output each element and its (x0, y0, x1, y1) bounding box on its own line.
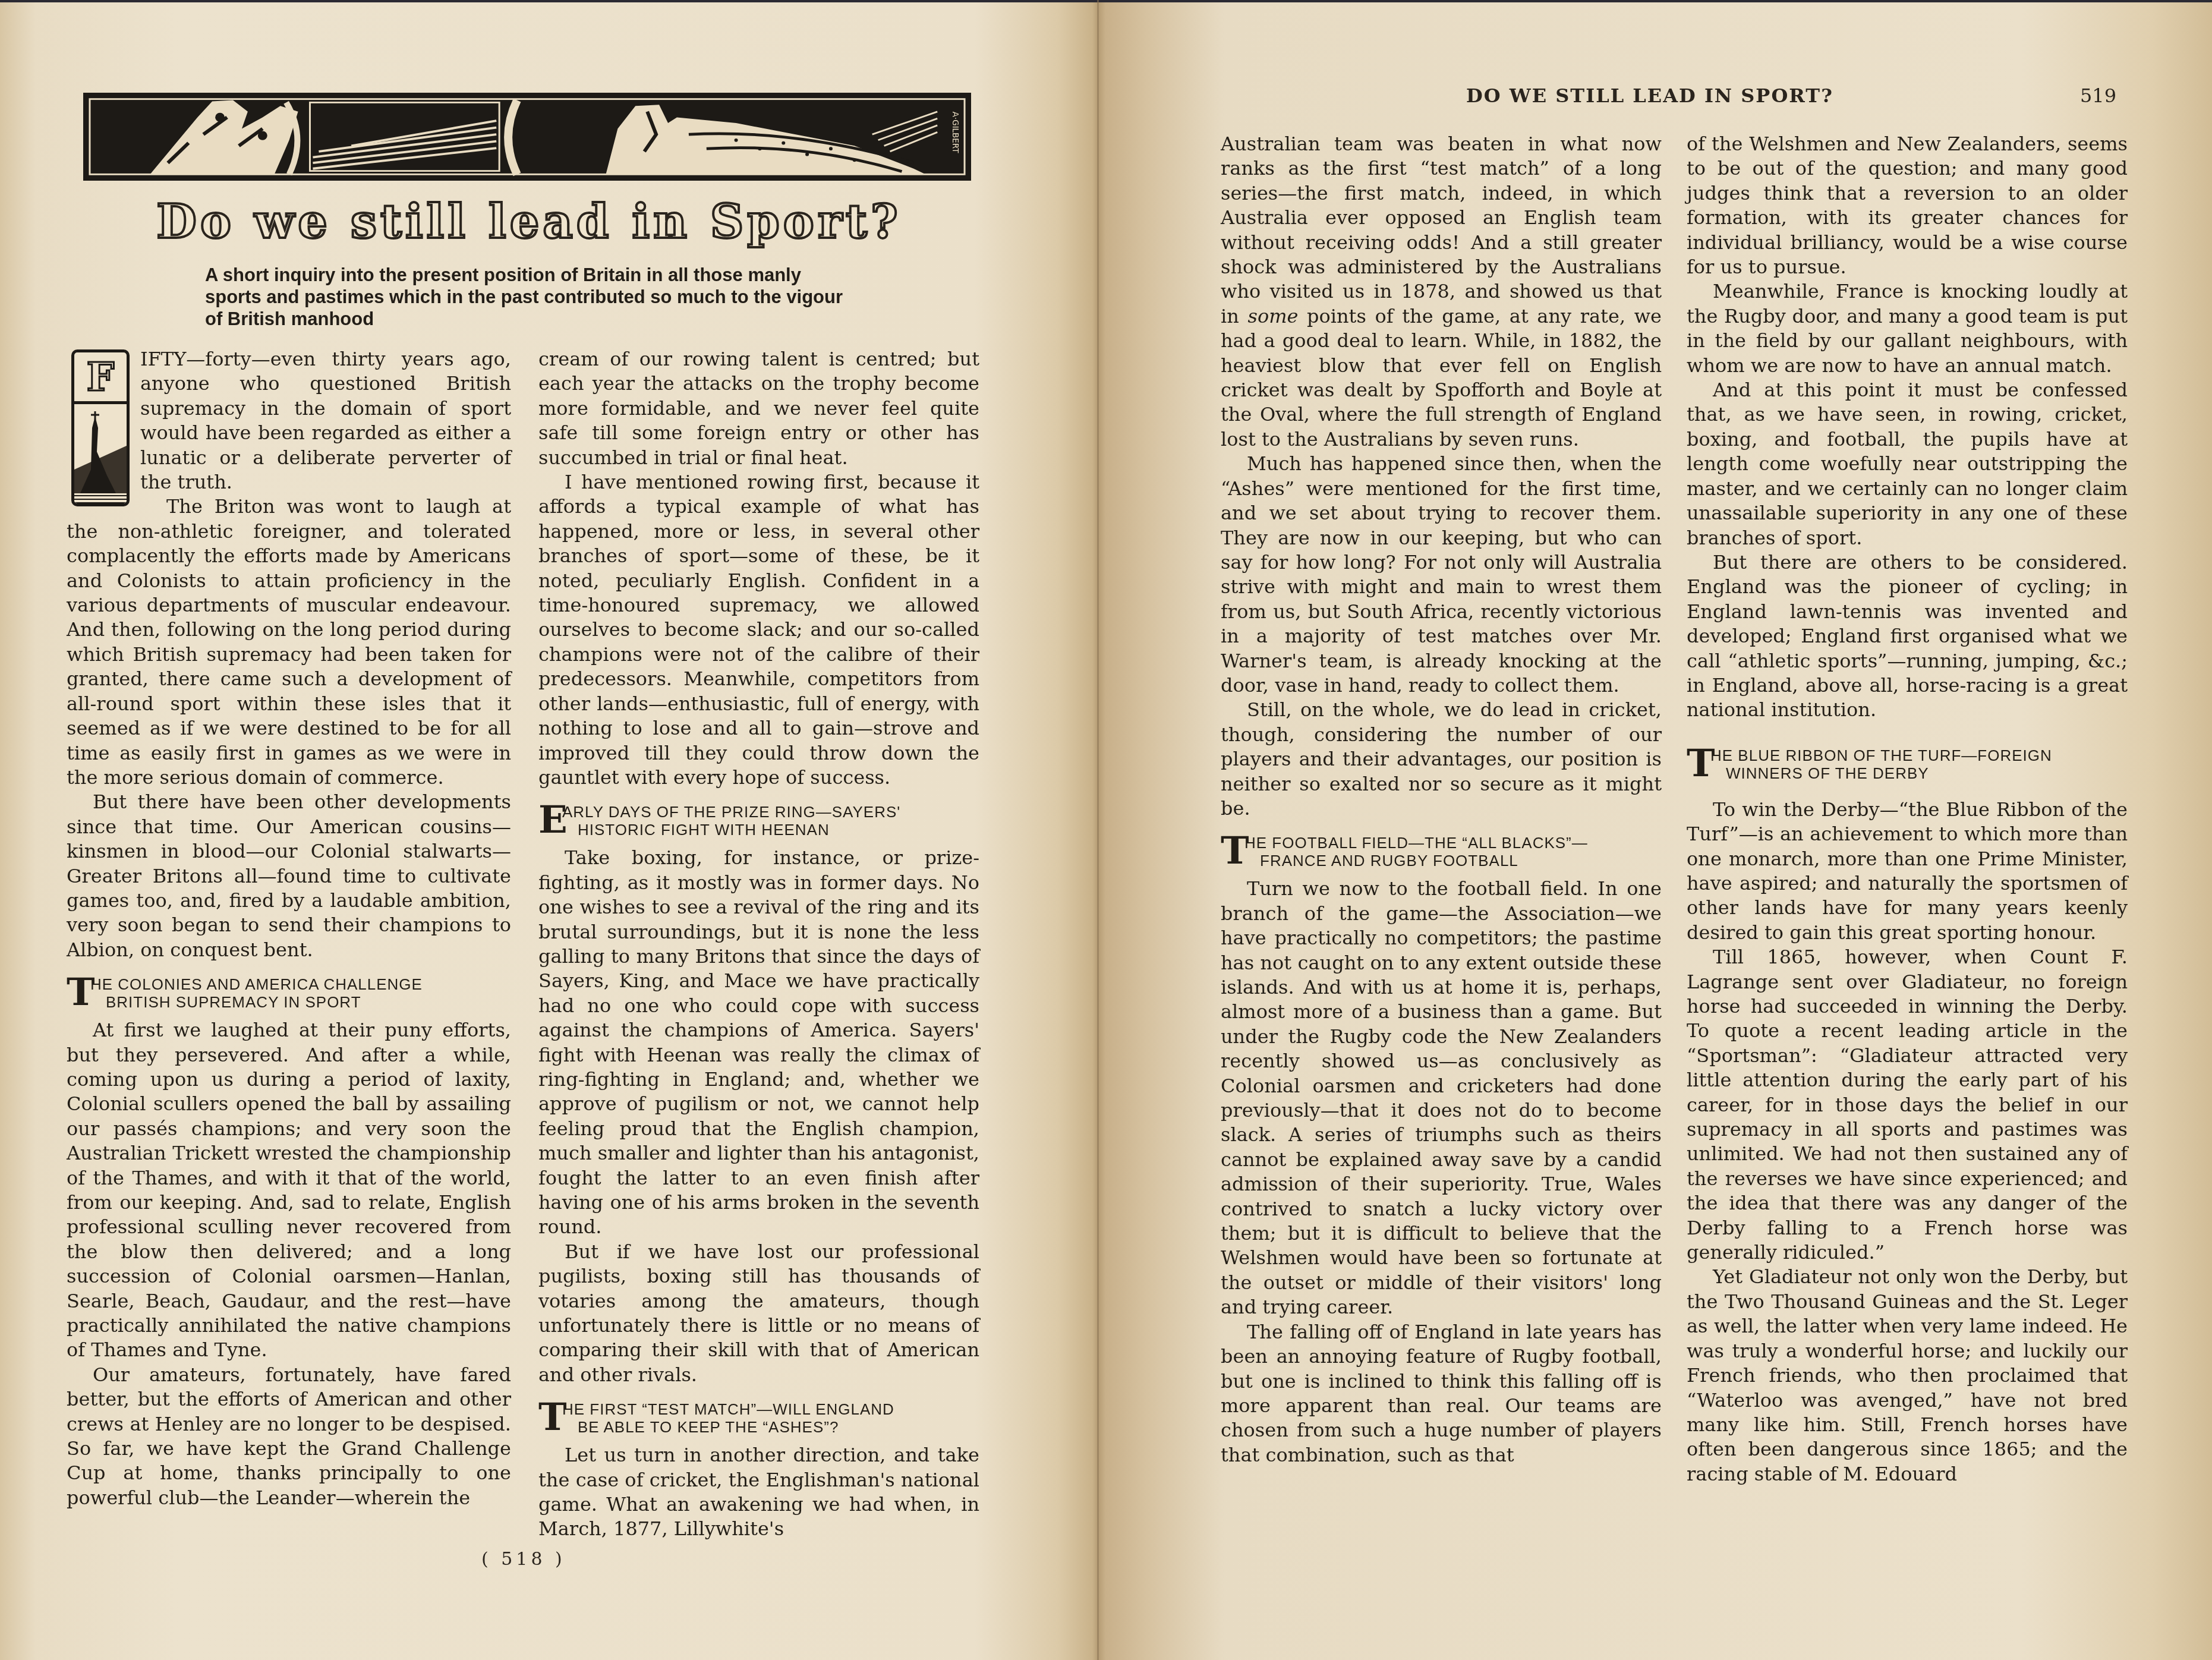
section-heading-line2: BE ABLE TO KEEP THE “ASHES”? (562, 1418, 979, 1436)
running-head: DO WE STILL LEAD IN SPORT? (1466, 84, 1833, 107)
section-heading-initial: T (1221, 833, 1250, 870)
section-heading-line2: FRANCE AND RUGBY FOOTBALL (1244, 852, 1662, 870)
section-heading-line1: HE COLONIES AND AMERICA CHALLENGE (90, 975, 423, 993)
section-heading: T HE BLUE RIBBON OF THE TURF—FOREIGN WIN… (1687, 746, 2128, 782)
paragraph: Our amateurs, fortunately, have fared be… (67, 1363, 511, 1510)
paragraph: But there are others to be considered. E… (1687, 550, 2128, 723)
paragraph: I have mentioned rowing first, because i… (538, 470, 979, 790)
section-heading-initial: T (67, 974, 96, 1011)
left-page: A·GILBERT Do we still lead in Sport? A s… (0, 0, 1097, 1660)
paragraph: At first we laughed at their puny effort… (67, 1018, 511, 1363)
page-number: 519 (2080, 84, 2116, 107)
statue-street-scene-icon (74, 404, 127, 503)
section-heading-line1: HE FOOTBALL FIELD—THE “ALL BLACKS”— (1244, 834, 1588, 852)
paragraph: IFTY—forty—even thirty years ago, anyone… (67, 347, 511, 494)
section-heading: E ARLY DAYS OF THE PRIZE RING—SAYERS' HI… (538, 803, 979, 839)
paragraph: To win the Derby—“the Blue Ribbon of the… (1687, 798, 2128, 945)
paragraph-text: Australian team was beaten in what now r… (1221, 133, 1662, 327)
paragraph: cream of our rowing talent is centred; b… (538, 347, 979, 470)
paragraph: But there have been other developments s… (67, 790, 511, 962)
paragraph: Turn we now to the football field. In on… (1221, 877, 1662, 1319)
book-gutter (1097, 0, 1099, 1660)
right-page-column-2: of the Welshmen and New Zealanders, seem… (1687, 132, 2128, 1486)
section-heading-line2: HISTORIC FIGHT WITH HEENAN (562, 821, 979, 839)
section-heading-initial: T (538, 1399, 568, 1436)
section-heading: T HE COLONIES AND AMERICA CHALLENGE BRIT… (67, 975, 511, 1011)
section-heading: T HE FIRST “TEST MATCH”—WILL ENGLAND BE … (538, 1400, 979, 1436)
illuminated-dropcap: F (71, 349, 130, 506)
paragraph: Still, on the whole, we do lead in crick… (1221, 698, 1662, 821)
dropcap-letter: F (74, 352, 127, 404)
section-heading-line2: WINNERS OF THE DERBY (1710, 764, 2128, 782)
section-heading: T HE FOOTBALL FIELD—THE “ALL BLACKS”— FR… (1221, 834, 1662, 870)
left-page-column-2: cream of our rowing talent is centred; b… (538, 347, 979, 1542)
section-heading-line1: HE FIRST “TEST MATCH”—WILL ENGLAND (562, 1400, 894, 1418)
section-heading-initial: T (1687, 745, 1716, 782)
paragraph: But if we have lost our professional pug… (538, 1240, 979, 1387)
page-number: ( 518 ) (481, 1549, 566, 1570)
paragraph: Much has happened since then, when the “… (1221, 452, 1662, 698)
section-heading-initial: E (538, 802, 568, 839)
paragraph: Let us turn in another direction, and ta… (538, 1443, 979, 1542)
paragraph: Take boxing, for instance, or prize-figh… (538, 846, 979, 1240)
paragraph: And at this point it must be confessed t… (1687, 378, 2128, 550)
section-heading-line2: BRITISH SUPREMACY IN SPORT (90, 993, 511, 1011)
paragraph: Australian team was beaten in what now r… (1221, 132, 1662, 452)
paragraph: Meanwhile, France is knocking loudly at … (1687, 279, 2128, 378)
paragraph: Yet Gladiateur not only won the Derby, b… (1687, 1265, 2128, 1486)
article-title: Do we still lead in Sport? (77, 195, 981, 249)
paragraph: The Briton was wont to laugh at the non-… (67, 494, 511, 790)
artist-signature: A·GILBERT (950, 112, 960, 153)
left-page-column-1: F IFTY—forty—even thirty years ago, anyo… (67, 347, 511, 1510)
paragraph: The falling off of England in late years… (1221, 1320, 1662, 1467)
chariot-horses-woodcut-icon: A·GILBERT (85, 95, 969, 179)
section-heading-line1: ARLY DAYS OF THE PRIZE RING—SAYERS' (562, 803, 900, 821)
paragraph: of the Welshmen and New Zealanders, seem… (1687, 132, 2128, 279)
article-standfirst: A short inquiry into the present positio… (205, 264, 847, 330)
header-woodcut-illustration: A·GILBERT (83, 93, 971, 181)
emphasis-text: some (1247, 305, 1298, 327)
section-heading-line1: HE BLUE RIBBON OF THE TURF—FOREIGN (1710, 746, 2052, 764)
right-page-column-1: Australian team was beaten in what now r… (1221, 132, 1662, 1467)
paragraph: Till 1865, however, when Count F. Lagran… (1687, 945, 2128, 1265)
